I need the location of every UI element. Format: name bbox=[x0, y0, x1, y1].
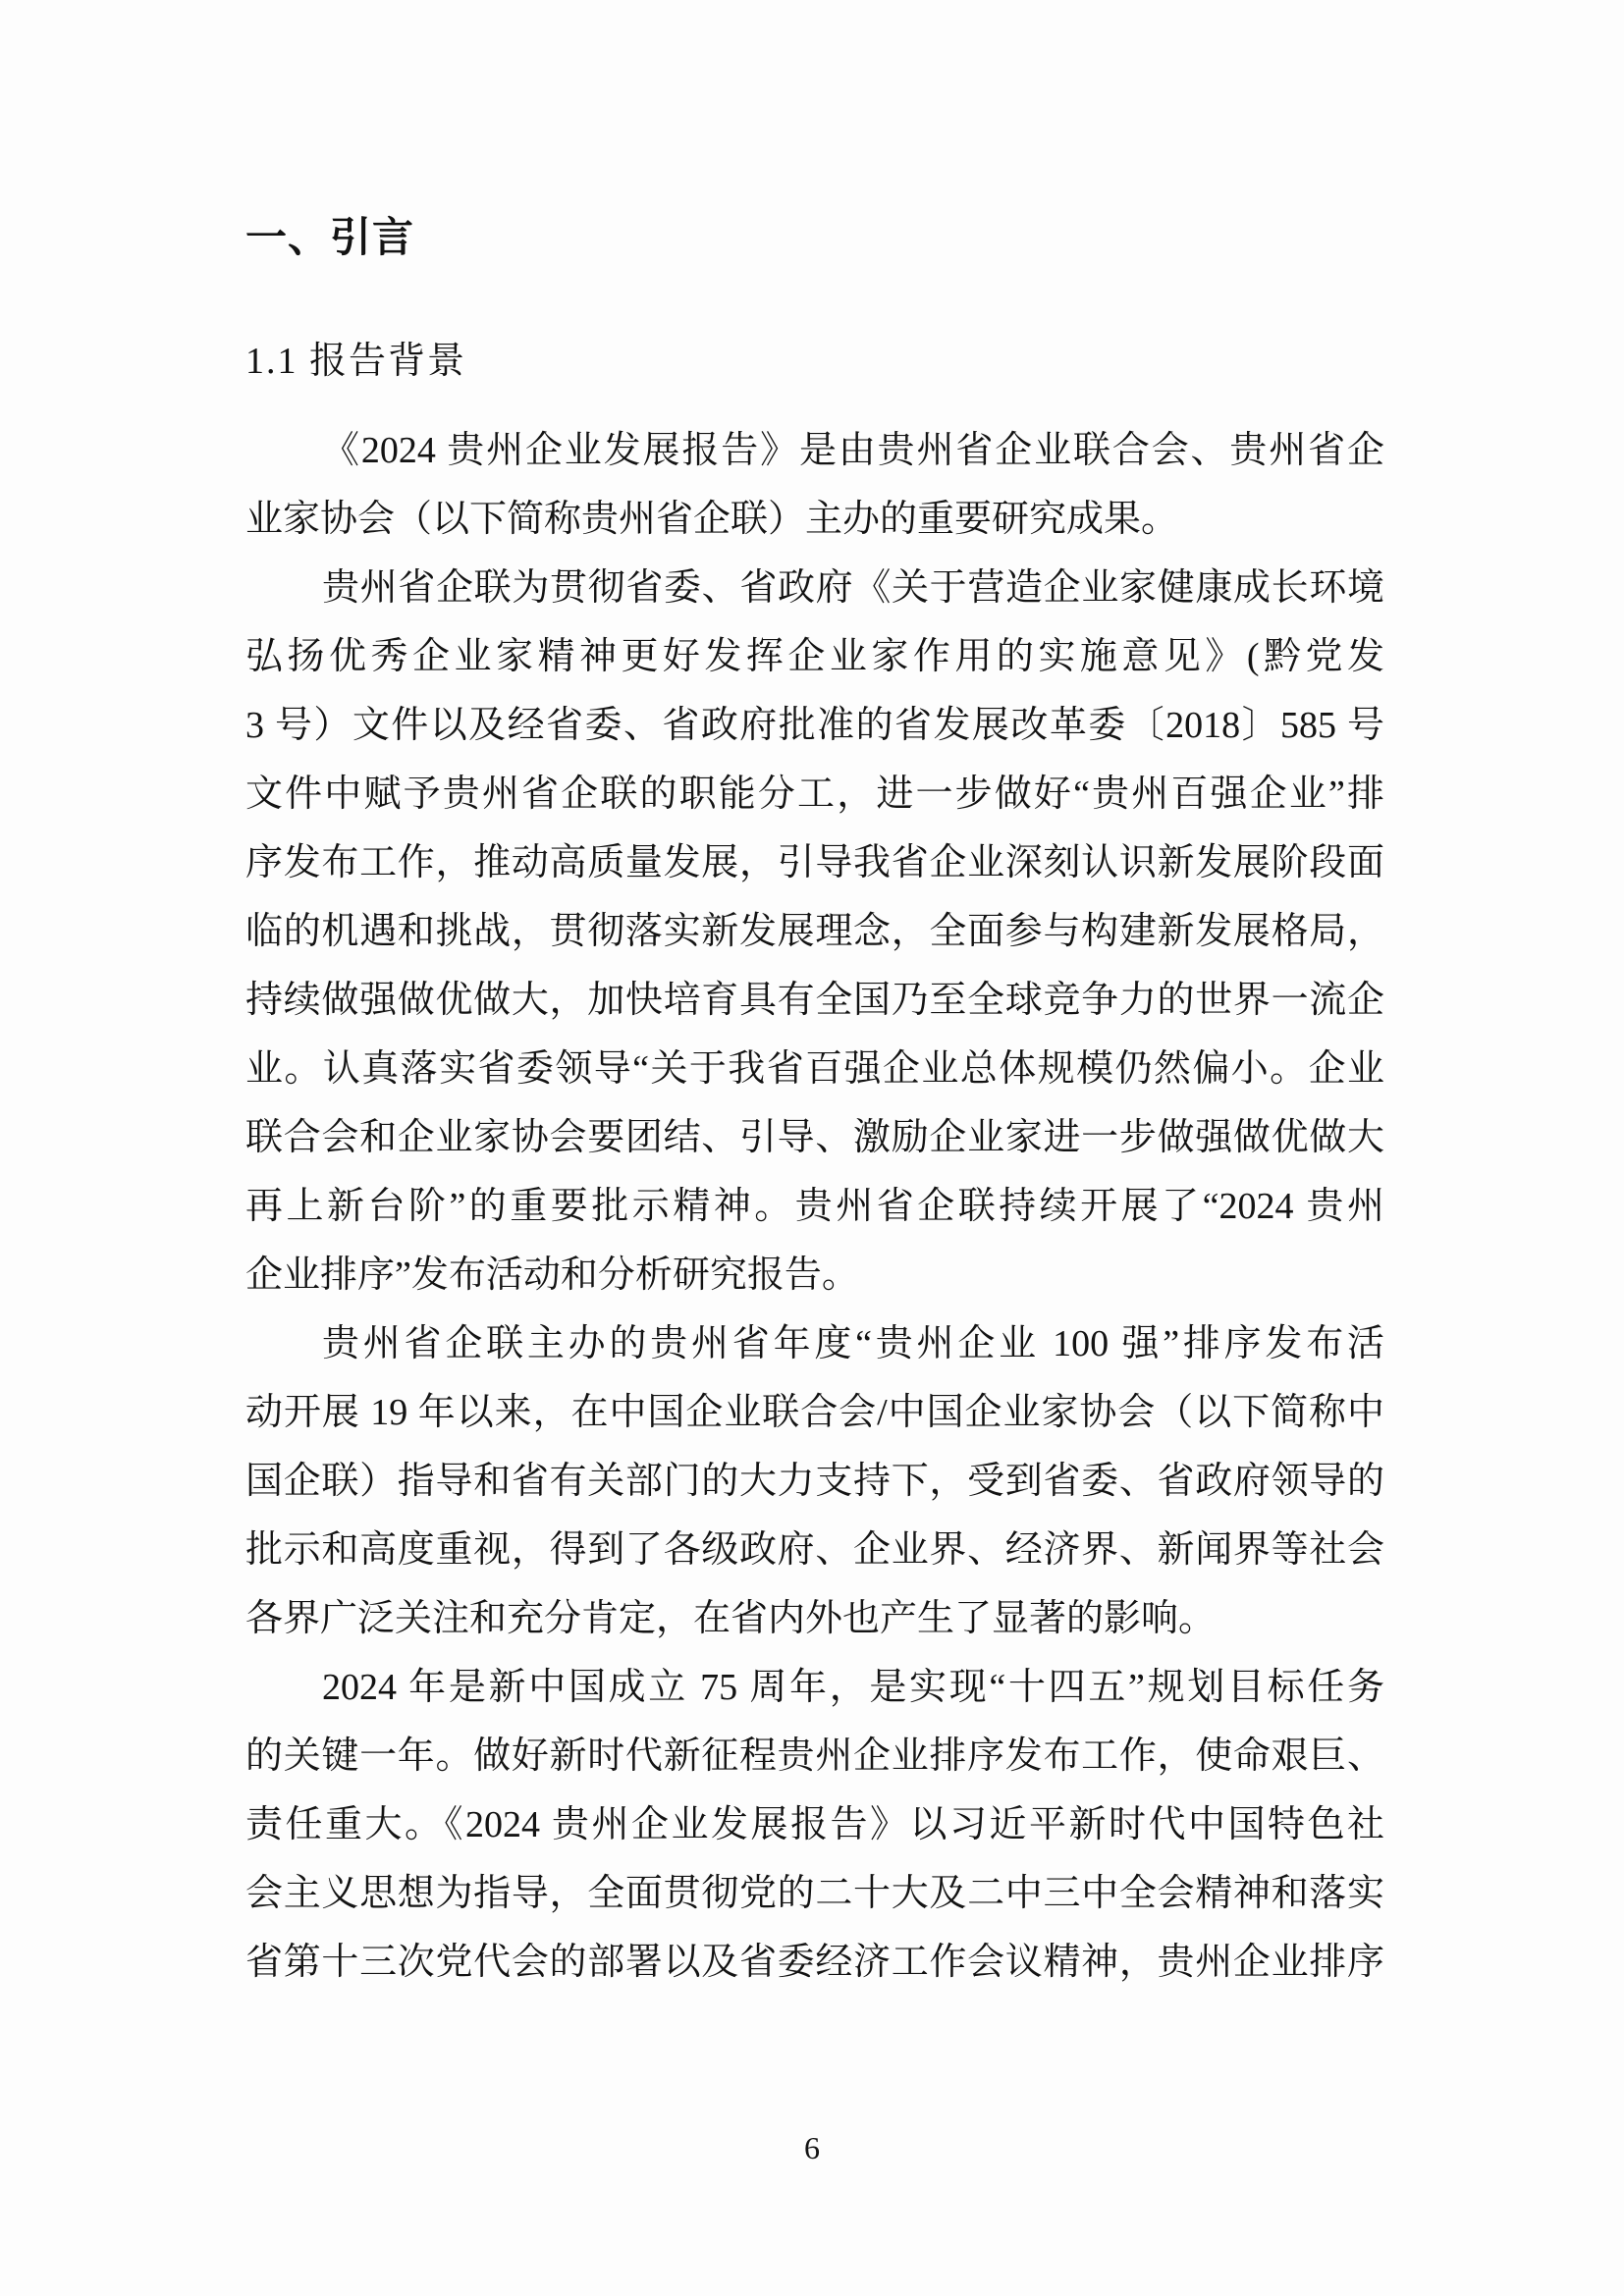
body-line: 持续做强做优做大，加快培育具有全国乃至全球竞争力的世界一流企 bbox=[245, 966, 1384, 1035]
body-line: 序发布工作，推动高质量发展，引导我省企业深刻认识新发展阶段面 bbox=[245, 828, 1384, 897]
body-line: 2024 年是新中国成立 75 周年，是实现“十四五”规划目标任务 bbox=[245, 1653, 1384, 1722]
body-line: 临的机遇和挑战，贯彻落实新发展理念，全面参与构建新发展格局， bbox=[245, 897, 1384, 966]
body-line: 业家协会（以下简称贵州省企联）主办的重要研究成果。 bbox=[245, 485, 1384, 554]
page-number: 6 bbox=[0, 2128, 1624, 2167]
body-line: 3 号）文件以及经省委、省政府批准的省发展改革委〔2018〕585 号 bbox=[245, 691, 1384, 760]
body-line: 再上新台阶”的重要批示精神。贵州省企联持续开展了“2024 贵州 bbox=[245, 1172, 1384, 1241]
body-line: 会主义思想为指导，全面贯彻党的二十大及二中三中全会精神和落实 bbox=[245, 1859, 1384, 1928]
body-line: 弘扬优秀企业家精神更好发挥企业家作用的实施意见》(黔党发〔2018〕 bbox=[245, 622, 1384, 691]
body-line: 《2024 贵州企业发展报告》是由贵州省企业联合会、贵州省企 bbox=[245, 416, 1384, 485]
body-line: 联合会和企业家协会要团结、引导、激励企业家进一步做强做优做大 bbox=[245, 1103, 1384, 1172]
body-line: 的关键一年。做好新时代新征程贵州企业排序发布工作，使命艰巨、 bbox=[245, 1722, 1384, 1790]
body-line: 动开展 19 年以来，在中国企业联合会/中国企业家协会（以下简称中 bbox=[245, 1378, 1384, 1447]
document-page: 一、引言 1.1 报告背景 《2024 贵州企业发展报告》是由贵州省企业联合会、… bbox=[0, 0, 1624, 2296]
body-line: 省第十三次党代会的部署以及省委经济工作会议精神，贵州企业排序 bbox=[245, 1928, 1384, 1997]
section-heading: 一、引言 bbox=[245, 0, 1624, 261]
body-line: 各界广泛关注和充分肯定，在省内外也产生了显著的影响。 bbox=[245, 1584, 1384, 1653]
body-line: 责任重大。《2024 贵州企业发展报告》以习近平新时代中国特色社 bbox=[245, 1790, 1384, 1859]
body-line: 批示和高度重视，得到了各级政府、企业界、经济界、新闻界等社会 bbox=[245, 1516, 1384, 1584]
document-body: 《2024 贵州企业发展报告》是由贵州省企业联合会、贵州省企 业家协会（以下简称… bbox=[245, 416, 1384, 1997]
body-line: 企业排序”发布活动和分析研究报告。 bbox=[245, 1241, 1384, 1309]
body-line: 贵州省企联主办的贵州省年度“贵州企业 100 强”排序发布活 bbox=[245, 1309, 1384, 1378]
body-line: 文件中赋予贵州省企联的职能分工，进一步做好“贵州百强企业”排 bbox=[245, 760, 1384, 828]
body-line: 贵州省企联为贯彻省委、省政府《关于营造企业家健康成长环境 bbox=[245, 554, 1384, 622]
body-line: 业。认真落实省委领导“关于我省百强企业总体规模仍然偏小。企业 bbox=[245, 1035, 1384, 1103]
body-line: 国企联）指导和省有关部门的大力支持下，受到省委、省政府领导的 bbox=[245, 1447, 1384, 1516]
subsection-heading: 1.1 报告背景 bbox=[245, 340, 1624, 383]
